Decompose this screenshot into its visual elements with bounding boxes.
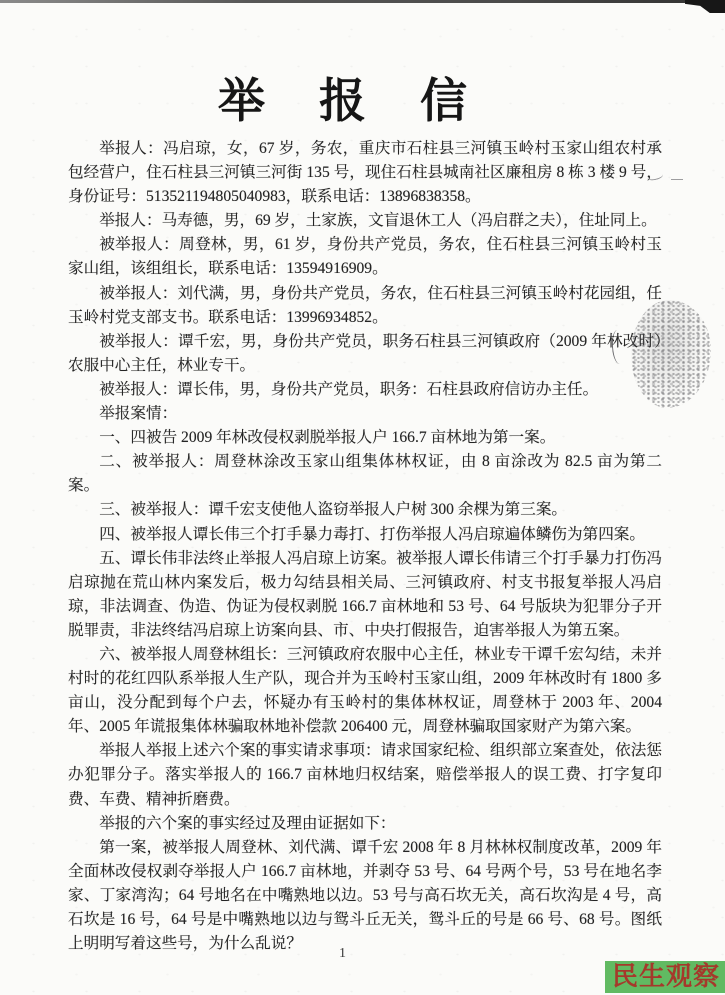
- paragraph: 一、四被告 2009 年林改侵权剥脱举报人户 166.7 亩林地为第一案。: [68, 426, 662, 450]
- paragraph: 被举报人：谭长伟，男，身份共产党员，职务：石柱县政府信访办主任。: [68, 378, 662, 402]
- scan-corner-artifact: [685, 0, 725, 13]
- paragraph: 六、被举报人周登林组长：三河镇政府农服中心主任，林业专干谭千宏勾结，未并村时的花…: [68, 643, 662, 739]
- scanned-page: 举报信 举报人：冯启琼，女，67 岁，务农，重庆市石柱县三河镇玉岭村玉家山组农村…: [0, 0, 725, 995]
- paragraph: 被举报人：谭千宏，男，身份共产党员，职务石柱县三河镇政府（2009 年林改时）农…: [68, 330, 662, 378]
- paragraph: 举报人：冯启琼，女，67 岁，务农，重庆市石柱县三河镇玉岭村玉家山组农村承包经营…: [68, 137, 662, 209]
- paragraph: 被举报人：刘代满，男，身份共产党员，务农，住石柱县三河镇玉岭村花园组，任玉岭村党…: [68, 282, 662, 330]
- pen-mark: [671, 179, 683, 180]
- paragraph: 五、谭长伟非法终止举报人冯启琼上访案。被举报人谭长伟请三个打手暴力打伤冯启琼抛在…: [68, 547, 662, 643]
- fingerprint-smudge: [631, 300, 711, 408]
- paragraph: 四、被举报人谭长伟三个打手暴力毒打、打伤举报人冯启琼遍体鳞伤为第四案。: [68, 523, 662, 547]
- document-title: 举报信: [0, 64, 685, 131]
- paragraph: 举报的六个案的事实经过及理由证据如下：: [68, 812, 662, 836]
- watermark-badge: 民生观察: [605, 961, 725, 993]
- paragraph: 被举报人：周登林，男，61 岁，身份共产党员，务农，住石柱县三河镇玉岭村玉家山组…: [68, 233, 662, 281]
- paragraph: 三、被举报人：谭千宏支使他人盗窃举报人户树 300 余棵为第三案。: [68, 498, 662, 522]
- scan-edge-artifact: [0, 0, 725, 3]
- page-number: 1: [0, 946, 685, 962]
- paragraph: 举报案情：: [68, 402, 662, 426]
- document-body: 举报人：冯启琼，女，67 岁，务农，重庆市石柱县三河镇玉岭村玉家山组农村承包经营…: [68, 137, 662, 956]
- paragraph: 第一案，被举报人周登林、刘代满、谭千宏 2008 年 8 月林林权制度改革，20…: [68, 836, 662, 956]
- paragraph: 举报人举报上述六个案的事实请求事项：请求国家纪检、组织部立案查处，依法惩办犯罪分…: [68, 739, 662, 811]
- paragraph: 举报人：马寿德，男，69 岁，土家族，文盲退休工人（冯启群之夫），住址同上。: [68, 209, 662, 233]
- paragraph: 二、被举报人：周登林涂改玉家山组集体林权证，由 8 亩涂改为 82.5 亩为第二…: [68, 450, 662, 498]
